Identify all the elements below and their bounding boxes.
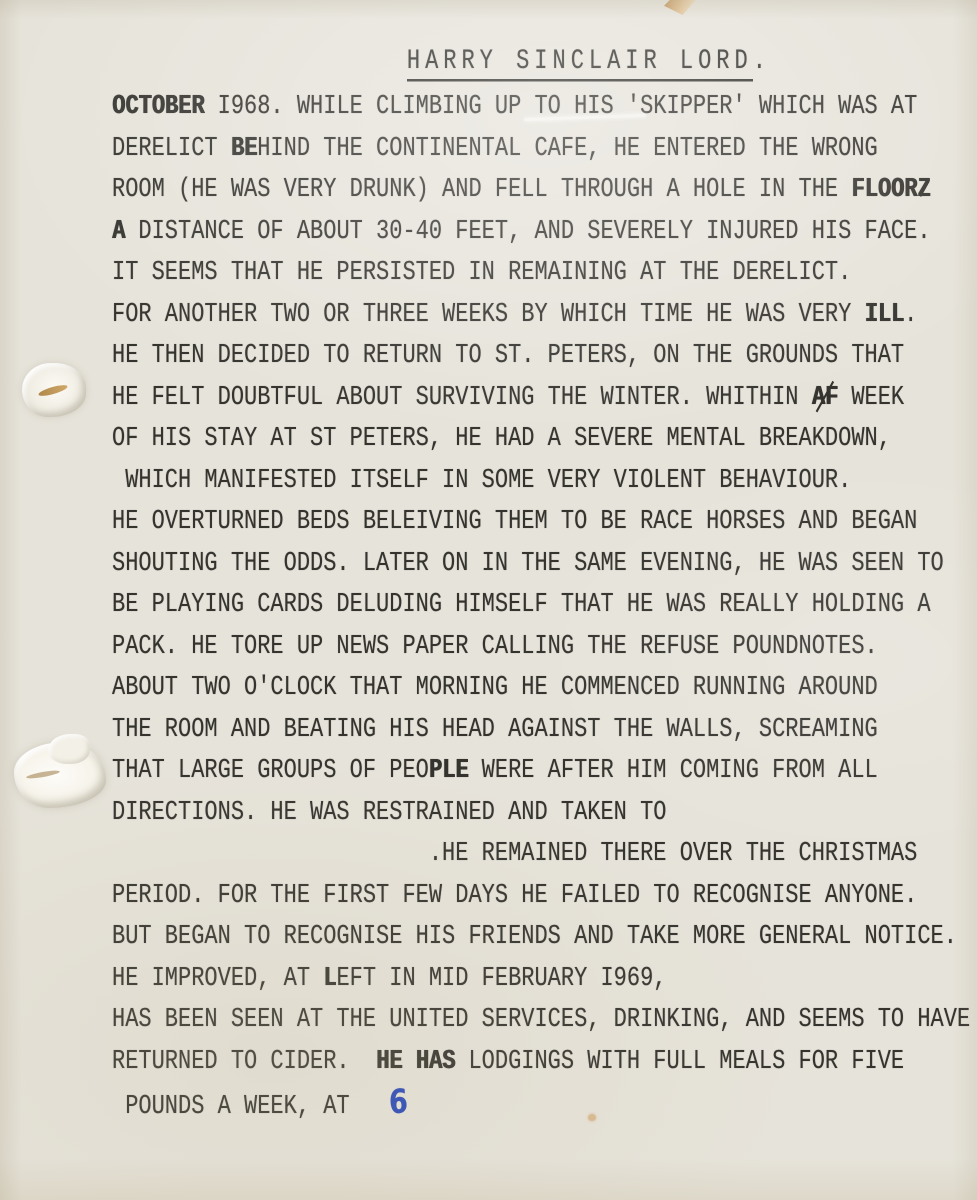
title-text: HARRY SINCLAIR LORD — [407, 45, 753, 81]
document-body: OCTOBER I968. WHILE CLIMBING UP TO HIS '… — [112, 86, 973, 1124]
punch-hole-top — [22, 363, 86, 417]
punch-hole-bottom — [14, 742, 106, 808]
document-page: HARRY SINCLAIR LORD. OCTOBER I968. WHILE… — [0, 0, 977, 1200]
paper-tear-notch — [664, 0, 696, 15]
title-period: . — [753, 45, 771, 76]
typed-line: POUNDS A WEEK, AT 6 — [112, 1077, 973, 1128]
handwritten-annotation: 6 — [388, 1077, 409, 1129]
paper-stain — [588, 1114, 596, 1121]
